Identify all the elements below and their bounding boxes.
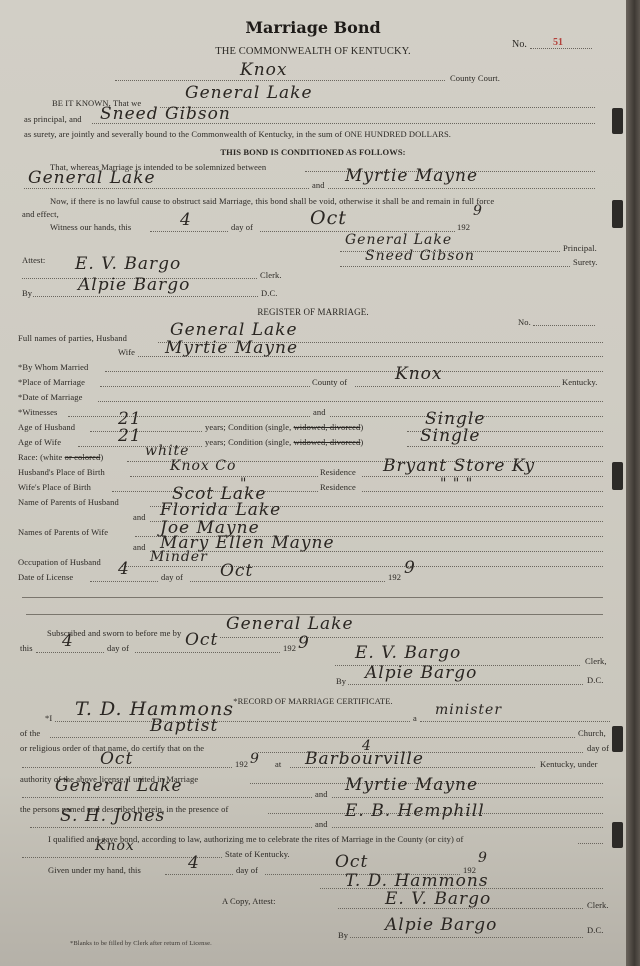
age-husband-label: Age of Husband (18, 422, 75, 432)
witnesses-and: and (313, 407, 326, 417)
wife-residence-line (362, 491, 603, 492)
kentucky-label: Kentucky. (562, 377, 598, 387)
of-the-label: of the (20, 728, 40, 738)
residence-label-wife: Residence (320, 482, 356, 492)
kentucky-under: Kentucky, under (540, 759, 598, 769)
sworn-month: Oct (185, 630, 218, 650)
occupation-line (122, 566, 603, 567)
cert-by-label: By (338, 930, 348, 940)
cert-dc-line (350, 937, 583, 938)
year-prefix: 192 (457, 222, 470, 232)
parents-wife-label: Names of Parents of Wife (18, 527, 108, 537)
as-principal-label: as principal, and (24, 114, 82, 124)
cert-party2-line (332, 797, 603, 798)
cert-party1: General Lake (55, 776, 183, 796)
bond-and-label: and (312, 180, 325, 190)
license-label: Date of License (18, 572, 73, 582)
witness-month: Oct (310, 207, 347, 229)
by-whom-label: *By Whom Married (18, 362, 88, 372)
divider-1 (22, 597, 603, 598)
footer-note: *Blanks to be filled by Clerk after retu… (70, 940, 212, 947)
husband-birth-value: Knox Co (170, 458, 236, 474)
role-line (420, 721, 610, 722)
witness2-name: E. B. Hemphill (345, 801, 485, 821)
race-value: white (145, 443, 189, 459)
age-husband-line (90, 431, 202, 432)
dc-label: D.C. (261, 288, 277, 298)
cert-clerk-signature: E. V. Bargo (385, 889, 491, 909)
cert-month: Oct (100, 749, 133, 769)
age-wife-value: 21 (118, 426, 142, 446)
witnesses-label: *Witnesses (18, 407, 57, 417)
county-line (115, 80, 445, 81)
sworn-month-line (135, 652, 280, 653)
party1-line (24, 188, 309, 189)
date-line (98, 401, 603, 402)
residence-label-husband: Residence (320, 467, 356, 477)
sworn-year: 9 (298, 633, 310, 653)
sworn-clerk-label: Clerk, (585, 656, 607, 666)
husband-birth-line (130, 476, 318, 477)
race-label: Race: (white or colored) (18, 452, 103, 462)
witness-label: Witness our hands, this (50, 222, 131, 232)
cert-clerk-label: Clerk. (587, 900, 609, 910)
sworn-by-label: By (336, 676, 346, 686)
officiant-role: minister (435, 702, 502, 718)
given-label: Given under my hand, this (48, 865, 141, 875)
sworn-dc-signature: Alpie Bargo (365, 663, 477, 683)
sworn-dc-line (348, 684, 583, 685)
clerk-signature: E. V. Bargo (75, 254, 181, 274)
county-handwritten: Knox (240, 60, 287, 80)
register-heading: REGISTER OF MARRIAGE. (0, 307, 626, 317)
cert-at-label: at (275, 759, 281, 769)
husband-birth-label: Husband's Place of Birth (18, 467, 105, 477)
by-whom-line (105, 371, 603, 372)
occupation-label: Occupation of Husband (18, 557, 101, 567)
copy-attest-label: A Copy, Attest: (222, 896, 276, 906)
license-month: Oct (220, 561, 253, 581)
husband-residence-line (362, 476, 603, 477)
binder-tab-5 (612, 822, 623, 848)
given-month: Oct (335, 852, 368, 872)
binder-tab-2 (612, 200, 623, 228)
clerk-label: Clerk. (260, 270, 282, 280)
cert-witness1-line (30, 827, 312, 828)
document-title: Marriage Bond (0, 18, 626, 37)
license-year: 9 (404, 558, 416, 578)
dc-signature: Alpie Bargo (78, 275, 190, 295)
condition-wife: Single (420, 426, 480, 446)
parent-h2: Florida Lake (160, 500, 281, 520)
binder-tab-1 (612, 108, 623, 134)
sworn-dc-label: D.C. (587, 675, 603, 685)
given-year: 9 (478, 850, 488, 866)
license-day-line (90, 581, 158, 582)
cert-year: 9 (250, 751, 260, 767)
sworn-day-of: day of (107, 643, 129, 653)
effect-text: and effect, (22, 209, 59, 219)
binder-tab-3 (612, 462, 623, 490)
husband-residence: Bryant Store Ky (383, 456, 535, 476)
given-day-of: day of (236, 865, 258, 875)
state-label: State of Kentucky. (225, 849, 290, 859)
surety-name: Sneed Gibson (100, 104, 231, 124)
parents-and-wife: and (133, 542, 146, 552)
place-label: *Place of Marriage (18, 377, 85, 387)
county-of-label: County of (312, 377, 347, 387)
condition-label-husband: years; Condition (single, widowed, divor… (205, 422, 363, 432)
church-label: Church, (578, 728, 606, 738)
witness-day-line (150, 231, 228, 232)
binder-edge (626, 0, 640, 966)
surety-signature: Sneed Gibson (365, 248, 475, 264)
sworn-day-line (36, 652, 104, 653)
given-day: 4 (188, 853, 200, 873)
witness-year: 9 (473, 203, 483, 219)
condition-label-wife: years; Condition (single, widowed, divor… (205, 437, 363, 447)
marriage-bond-document: Marriage Bond THE COMMONWEALTH OF KENTUC… (0, 0, 626, 966)
cert-witness2-line (332, 827, 603, 828)
occupation-value: Minder (150, 549, 208, 565)
cert-dc-label: D.C. (587, 925, 603, 935)
cert-party2: Myrtie Mayne (345, 775, 478, 795)
register-no-label: No. (518, 317, 531, 327)
cert-witness-and: and (315, 819, 328, 829)
parents-husband-label: Name of Parents of Husband (18, 497, 119, 507)
age-wife-label: Age of Wife (18, 437, 61, 447)
husband-label: Full names of parties, Husband (18, 333, 127, 343)
wife-birth-label: Wife's Place of Birth (18, 482, 91, 492)
bond-no-line (530, 48, 592, 49)
sworn-year-prefix: 192 (283, 643, 296, 653)
sworn-day: 4 (62, 631, 74, 651)
church-line (50, 737, 575, 738)
surety-sig-line (340, 266, 570, 267)
cert-and-label: and (315, 789, 328, 799)
bond-number: 51 (553, 37, 563, 48)
bond-party2: Myrtie Mayne (345, 166, 478, 186)
sworn-name: General Lake (226, 614, 354, 634)
cert-dc-signature: Alpie Bargo (385, 915, 497, 935)
void-text: Now, if there is no lawful cause to obst… (50, 196, 494, 206)
surety-label: Surety. (573, 257, 597, 267)
witness1-name: S. H. Jones (60, 806, 165, 826)
bond-party1: General Lake (28, 168, 156, 188)
church-value: Baptist (150, 716, 218, 736)
cert-clerk-line (338, 908, 583, 909)
surety-text: as surety, are jointly and severally bou… (24, 129, 451, 139)
attest-label: Attest: (22, 255, 45, 265)
witness-day: 4 (180, 210, 192, 230)
parents-and-husband: and (133, 512, 146, 522)
sworn-clerk-signature: E. V. Bargo (355, 643, 461, 663)
condition-wife-line (407, 446, 603, 447)
bond-no-label: No. (512, 39, 527, 50)
county-court-label: County Court. (450, 73, 500, 83)
cert-a-label: a (413, 713, 417, 723)
license-month-line (190, 581, 385, 582)
place-line (100, 386, 310, 387)
given-day-line (165, 874, 233, 875)
party2-line (328, 188, 595, 189)
license-day: 4 (118, 559, 130, 579)
register-no-line (533, 325, 595, 326)
by-label: By (22, 288, 32, 298)
dc-line (33, 296, 258, 297)
qual-county: Knox (95, 838, 135, 854)
license-year-prefix: 192 (388, 572, 401, 582)
county-of-value: Knox (395, 364, 442, 384)
binder-tab-4 (612, 726, 623, 752)
cert-place: Barbourville (305, 749, 424, 769)
principal-label: Principal. (563, 243, 597, 253)
wife-value: Myrtie Mayne (165, 338, 298, 358)
sworn-name-line (220, 637, 603, 638)
license-day-of: day of (161, 572, 183, 582)
county-of-line (355, 386, 560, 387)
wife-residence: " " " (440, 476, 473, 492)
cert-party1-line (22, 797, 312, 798)
witness1-line (68, 416, 310, 417)
wife-label: Wife (118, 347, 135, 357)
date-label: *Date of Marriage (18, 392, 82, 402)
principal-name: General Lake (185, 83, 313, 103)
husband-value: General Lake (170, 320, 298, 340)
day-of-label: day of (231, 222, 253, 232)
cert-day-of: day of (587, 743, 609, 753)
cert-i-label: *I (45, 713, 52, 723)
officiant-line (55, 721, 410, 722)
principal-signature: General Lake (345, 232, 452, 248)
conditioned-heading: THIS BOND IS CONDITIONED AS FOLLOWS: (0, 147, 626, 157)
qualified-line (578, 843, 603, 844)
cert-year-prefix: 192 (235, 759, 248, 769)
sworn-this-label: this (20, 643, 33, 653)
